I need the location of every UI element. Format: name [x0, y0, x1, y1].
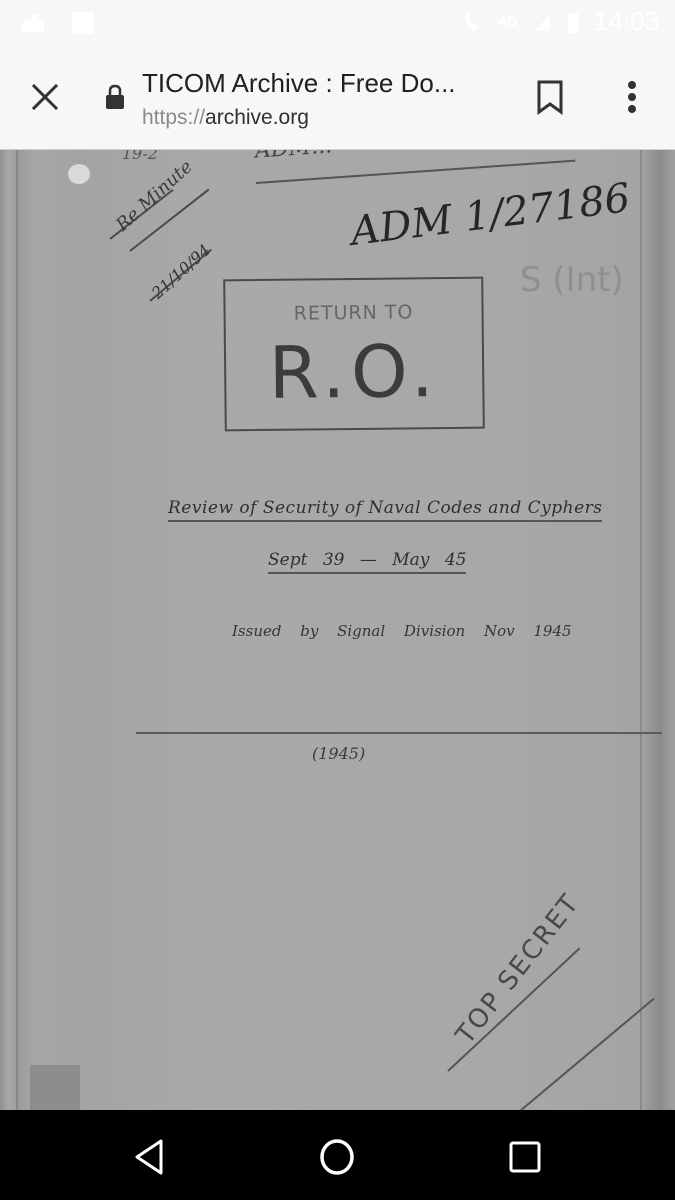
- url-display[interactable]: https://archive.org: [142, 106, 309, 130]
- issued-by: Issued by Signal Division Nov 1945: [232, 622, 572, 640]
- marginal-note: Re Minute: [112, 156, 197, 235]
- navigation-bar: [0, 1110, 675, 1200]
- status-bar: 4G 14:03: [0, 0, 675, 48]
- status-left-icons: [18, 10, 98, 36]
- punch-hole: [68, 164, 90, 184]
- reference-number: ADM 1/27186: [348, 175, 632, 255]
- back-triangle-icon: [133, 1137, 167, 1177]
- url-scheme: https://: [142, 106, 205, 129]
- lock-icon: [104, 84, 126, 110]
- stamp-value: R.O.: [226, 329, 483, 416]
- home-circle-icon: [317, 1137, 357, 1177]
- back-button[interactable]: [125, 1132, 175, 1182]
- page-edge: [16, 150, 18, 1110]
- document-viewer[interactable]: 19-2 ADM... Re Minute 21/10/94 ADM 1/271…: [0, 150, 675, 1110]
- image-icon: [68, 10, 98, 36]
- horizontal-rule: [136, 732, 662, 734]
- document-year: (1945): [312, 744, 365, 763]
- more-vert-icon: [627, 80, 637, 114]
- recents-square-icon: [507, 1139, 543, 1175]
- network-type: 4G: [498, 13, 518, 30]
- bookmark-button[interactable]: [530, 74, 570, 120]
- url-host: archive.org: [205, 106, 309, 129]
- clock: 14:03: [594, 6, 659, 37]
- page-edge: [640, 150, 642, 1110]
- browser-toolbar: TICOM Archive : Free Do... https://archi…: [0, 48, 675, 150]
- page-title: TICOM Archive : Free Do...: [142, 68, 456, 99]
- date-range: Sept 39 — May 45: [268, 550, 466, 574]
- corner-scribble: 19-2: [122, 150, 158, 163]
- marginal-date: 21/10/94: [148, 240, 214, 302]
- stamp-label: RETURN TO: [225, 301, 481, 326]
- classification-mark: TOP SECRET: [450, 888, 586, 1050]
- phone-hd-icon: [462, 9, 484, 35]
- home-button[interactable]: [312, 1132, 362, 1182]
- close-icon: [31, 83, 59, 111]
- top-underline: [256, 160, 575, 184]
- signal-icon: [532, 11, 552, 33]
- cloud-upload-icon: [18, 10, 48, 36]
- close-button[interactable]: [26, 78, 64, 116]
- folder-tab: [30, 1065, 80, 1110]
- bookmark-icon: [536, 79, 564, 115]
- more-options-button[interactable]: [612, 74, 652, 120]
- document-title: Review of Security of Naval Codes and Cy…: [168, 498, 602, 522]
- side-mark: S (Int): [520, 260, 624, 300]
- recents-button[interactable]: [500, 1132, 550, 1182]
- battery-icon: [566, 10, 580, 34]
- return-stamp: RETURN TO R.O.: [223, 277, 485, 432]
- status-right: 4G 14:03: [462, 6, 659, 37]
- classification-line: [519, 998, 654, 1110]
- top-scribble: ADM...: [254, 150, 333, 164]
